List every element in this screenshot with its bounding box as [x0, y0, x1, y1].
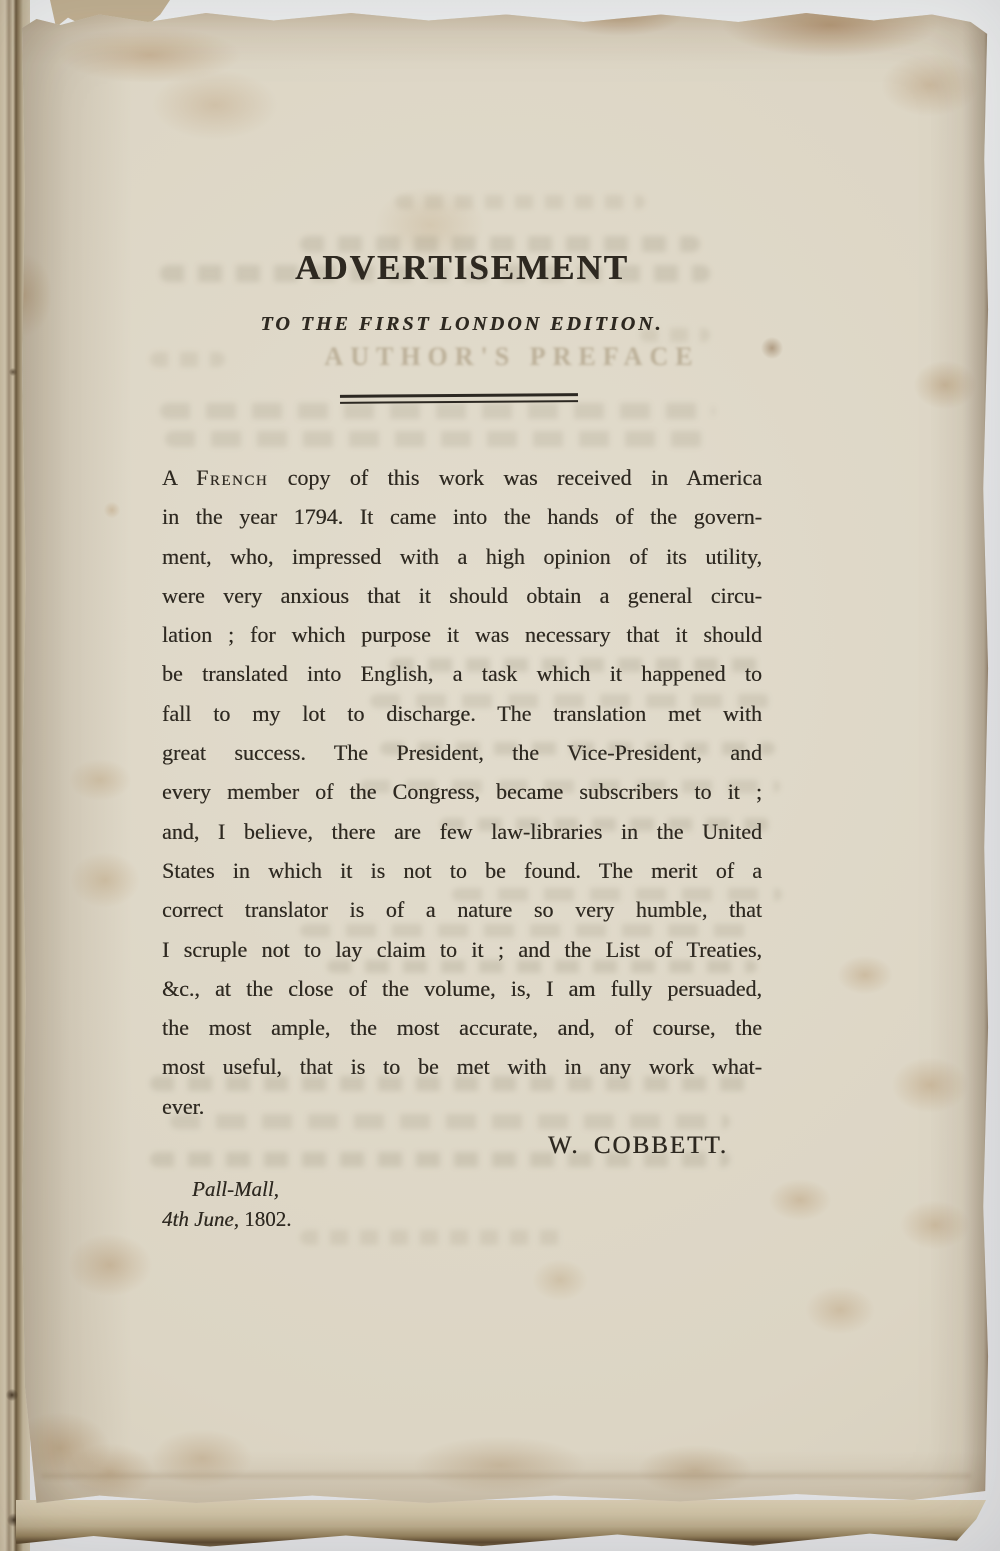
author-signature: W. COBBETT. — [162, 1132, 762, 1160]
body-line-smallcaps: French — [196, 465, 268, 490]
body-line: States in which it is not to be found. T… — [162, 851, 762, 890]
book-page: AUTHOR'S PREFACE ADVERTISEMENT TO THE FI… — [22, 10, 990, 1506]
page-subtitle: TO THE FIRST LONDON EDITION. — [162, 313, 762, 336]
page-edge-stack — [16, 1500, 986, 1548]
body-line: were very anxious that it should obtain … — [162, 576, 762, 615]
dateline-year: 1802. — [244, 1207, 291, 1231]
dateline-date-italic: 4th June, — [162, 1207, 239, 1231]
body-line: lation ; for which purpose it was necess… — [162, 615, 762, 654]
body-line: fall to my lot to discharge. The transla… — [162, 694, 762, 733]
body-line-rest: copy of this work was received in Americ… — [288, 465, 762, 490]
body-line: ment, who, impressed with a high opinion… — [162, 537, 762, 576]
body-line: A French copy of this work was received … — [162, 458, 762, 497]
body-line: ever. — [162, 1087, 762, 1126]
body-line: correct translator is of a nature so ver… — [162, 890, 762, 929]
page-title: ADVERTISEMENT — [162, 248, 762, 288]
body-line: great success. The President, the Vice-P… — [162, 733, 762, 772]
body-paragraph: A French copy of this work was received … — [162, 458, 762, 1126]
double-rule-divider — [340, 393, 578, 404]
body-line: in the year 1794. It came into the hands… — [162, 497, 762, 536]
body-line: the most ample, the most accurate, and, … — [162, 1008, 762, 1047]
body-line: and, I believe, there are few law-librar… — [162, 812, 762, 851]
body-line: I scruple not to lay claim to it ; and t… — [162, 930, 762, 969]
body-line: be translated into English, a task which… — [162, 654, 762, 693]
dateline: Pall-Mall, 4th June, 1802. — [162, 1174, 582, 1234]
dateline-place: Pall-Mall, — [162, 1174, 582, 1204]
dateline-date: 4th June, 1802. — [162, 1204, 582, 1234]
body-line: &c., at the close of the volume, is, I a… — [162, 969, 762, 1008]
printed-text-block: ADVERTISEMENT TO THE FIRST LONDON EDITIO… — [22, 10, 990, 1506]
body-line: most useful, that is to be met with in a… — [162, 1047, 762, 1086]
page-crease — [41, 1474, 970, 1478]
body-line-prefix: A — [162, 465, 177, 490]
body-line: every member of the Congress, became sub… — [162, 772, 762, 811]
book-photo: AUTHOR'S PREFACE ADVERTISEMENT TO THE FI… — [0, 0, 1000, 1551]
